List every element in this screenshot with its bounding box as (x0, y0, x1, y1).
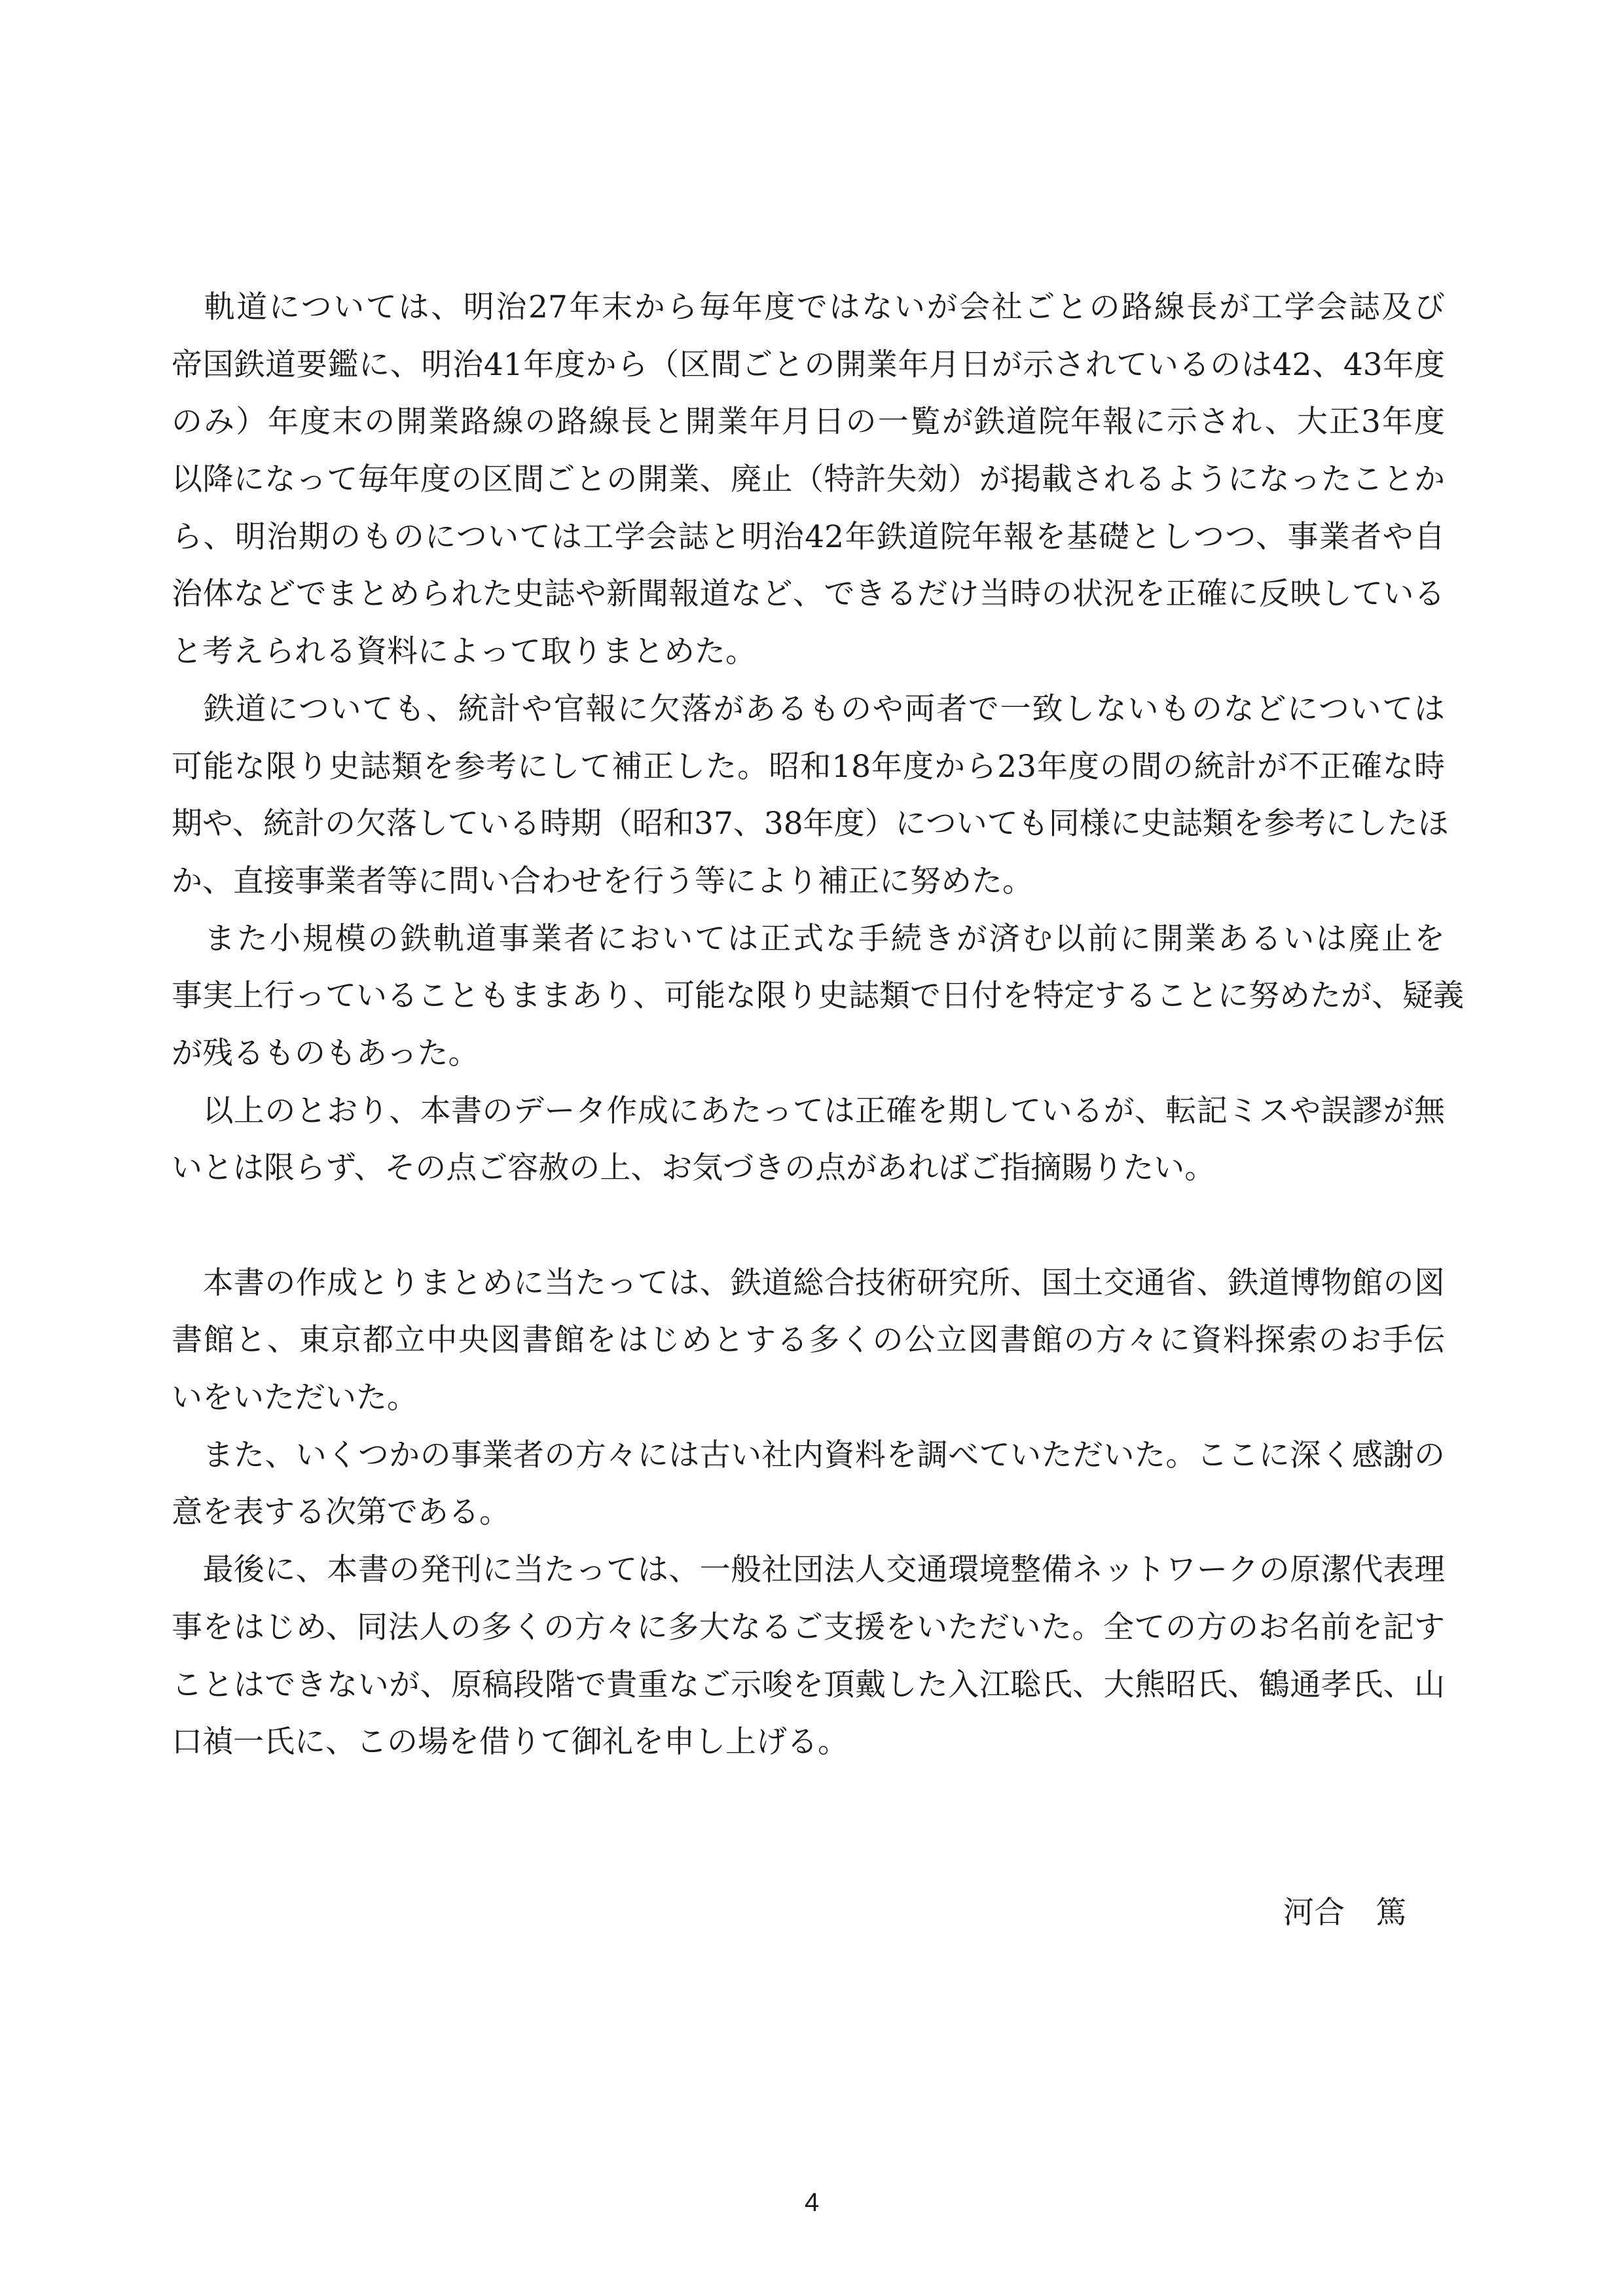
paragraph-acknowledgment-publisher: 最後に、本書の発刊に当たっては、一般社団法人交通環境整備ネットワークの原潔代表理… (172, 1545, 1445, 1775)
text-line: 可能な限り史誌類を参考にして補正した。昭和18年度から23年度の間の統計が不正確… (172, 742, 1445, 800)
text-line: と考えられる資料によって取りまとめた。 (172, 627, 1445, 685)
paragraph-acknowledgment-operators: また、いくつかの事業者の方々には古い社内資料を調べていただいた。ここに深く感謝の… (172, 1431, 1445, 1545)
text-line: 期や、統計の欠落している時期（昭和37、38年度）についても同様に史誌類を参考に… (172, 799, 1445, 857)
text-line: 帝国鉄道要鑑に、明治41年度から（区間ごとの開業年月日が示されているのは42、4… (172, 340, 1445, 398)
text-line: 以降になって毎年度の区間ごとの開業、廃止（特許失効）が掲載されるようになったこと… (172, 455, 1445, 512)
paragraph-accuracy-disclaimer: 以上のとおり、本書のデータ作成にあたっては正確を期しているが、転記ミスや誤謬が無… (172, 1086, 1445, 1201)
text-line: が残るものもあった。 (172, 1029, 1445, 1086)
text-line: いとは限らず、その点ご容赦の上、お気づきの点があればご指摘賜りたい。 (172, 1143, 1445, 1201)
text-line: 事をはじめ、同法人の多くの方々に多大なるご支援をいただいた。全ての方のお名前を記… (172, 1603, 1445, 1660)
text-line: 最後に、本書の発刊に当たっては、一般社団法人交通環境整備ネットワークの原潔代表理 (172, 1545, 1445, 1603)
text-line: のみ）年度末の開業路線の路線長と開業年月日の一覧が鉄道院年報に示され、大正3年度 (172, 397, 1445, 455)
paragraph-small-operators: また小規模の鉄軌道事業者においては正式な手続きが済む以前に開業あるいは廃止を 事… (172, 914, 1445, 1086)
paragraph-gap (172, 1201, 1445, 1259)
page-number: 4 (773, 2186, 851, 2219)
text-line: 口禎一氏に、この場を借りて御礼を申し上げる。 (172, 1717, 1445, 1775)
text-line: 意を表する次第である。 (172, 1488, 1445, 1545)
text-line: 治体などでまとめられた史誌や新聞報道など、できるだけ当時の状況を正確に反映してい… (172, 569, 1445, 627)
body-text: 軌道については、明治27年末から毎年度ではないが会社ごとの路線長が工学会誌及び … (172, 283, 1445, 1775)
text-line: 本書の作成とりまとめに当たっては、鉄道総合技術研究所、国土交通省、鉄道博物館の図 (172, 1259, 1445, 1316)
text-line: また小規模の鉄軌道事業者においては正式な手続きが済む以前に開業あるいは廃止を (172, 914, 1445, 972)
text-line: いをいただいた。 (172, 1373, 1445, 1431)
text-line: 事実上行っていることもままあり、可能な限り史誌類で日付を特定することに努めたが、… (172, 971, 1445, 1029)
text-line: 以上のとおり、本書のデータ作成にあたっては正確を期しているが、転記ミスや誤謬が無 (172, 1086, 1445, 1144)
paragraph-acknowledgment-libraries: 本書の作成とりまとめに当たっては、鉄道総合技術研究所、国土交通省、鉄道博物館の図… (172, 1259, 1445, 1431)
text-line: か、直接事業者等に問い合わせを行う等により補正に努めた。 (172, 857, 1445, 914)
text-line: ことはできないが、原稿段階で貴重なご示唆を頂戴した入江聡氏、大熊昭氏、鶴通孝氏、… (172, 1660, 1445, 1718)
text-line: 書館と、東京都立中央図書館をはじめとする多くの公立図書館の方々に資料探索のお手伝 (172, 1316, 1445, 1373)
text-line: 軌道については、明治27年末から毎年度ではないが会社ごとの路線長が工学会誌及び (172, 283, 1445, 340)
author-signature: 河合 篤 (1283, 1890, 1427, 1936)
text-line: 鉄道についても、統計や官報に欠落があるものや両者で一致しないものなどについては (172, 685, 1445, 742)
paragraph-data-sources-tramways: 軌道については、明治27年末から毎年度ではないが会社ごとの路線長が工学会誌及び … (172, 283, 1445, 685)
text-line: また、いくつかの事業者の方々には古い社内資料を調べていただいた。ここに深く感謝の (172, 1431, 1445, 1488)
text-line: ら、明治期のものについては工学会誌と明治42年鉄道院年報を基礎としつつ、事業者や… (172, 512, 1445, 570)
paragraph-data-sources-railways: 鉄道についても、統計や官報に欠落があるものや両者で一致しないものなどについては … (172, 685, 1445, 914)
document-page: 軌道については、明治27年末から毎年度ではないが会社ごとの路線長が工学会誌及び … (0, 0, 1623, 2296)
